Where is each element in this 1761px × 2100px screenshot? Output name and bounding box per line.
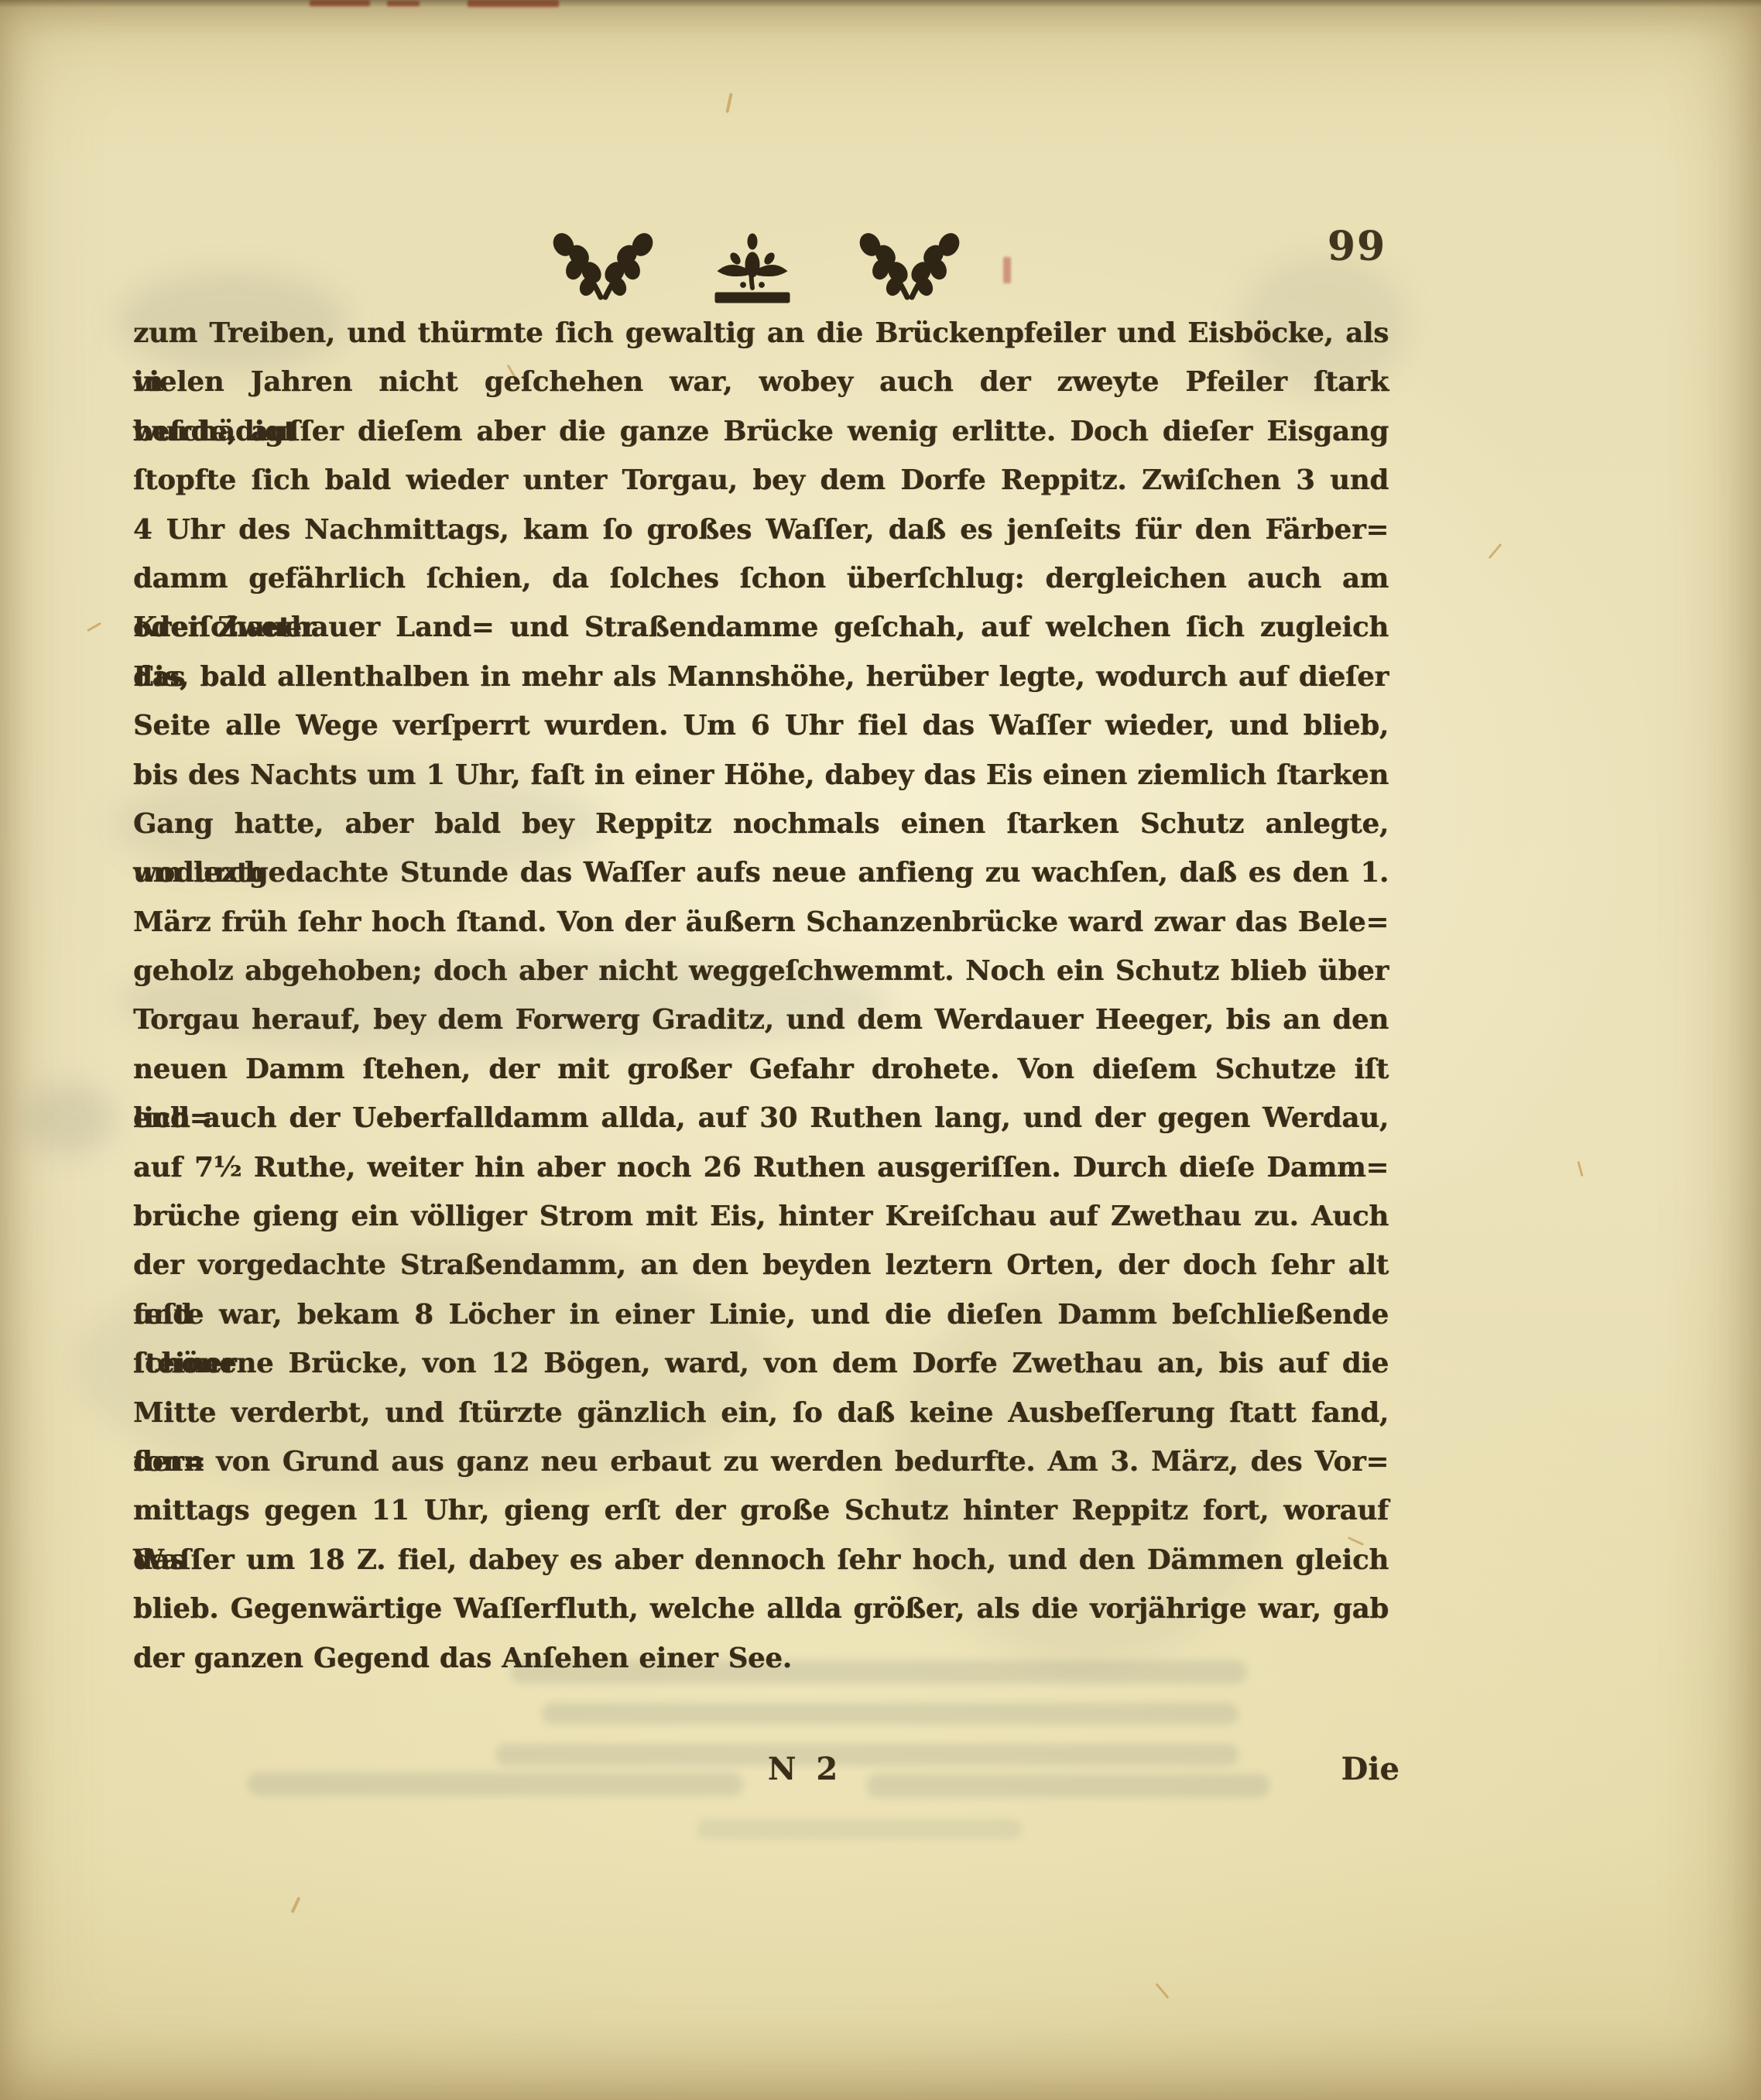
page-top-edge [0, 0, 1761, 8]
page-vignette [0, 0, 1761, 2100]
